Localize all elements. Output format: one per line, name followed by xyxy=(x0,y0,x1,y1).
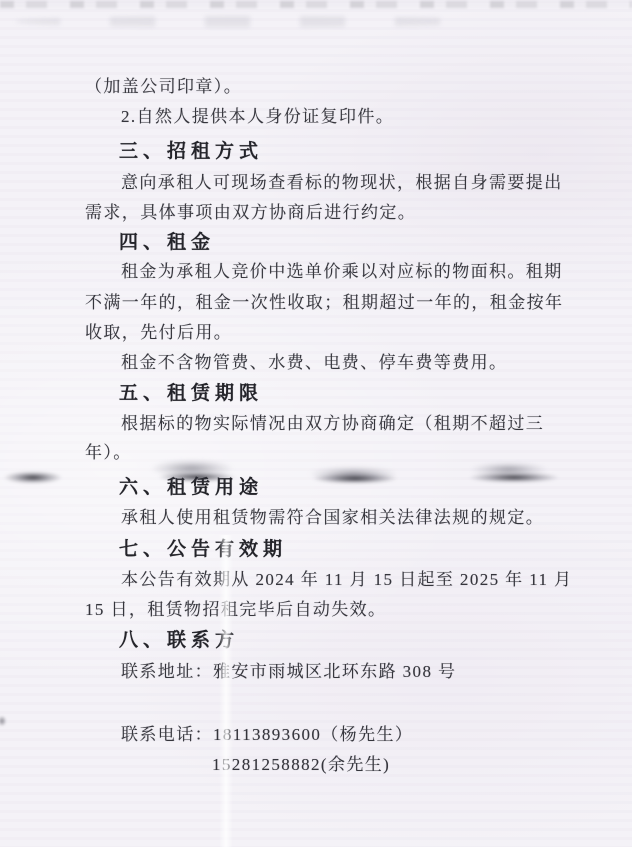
scan-edge-noise xyxy=(0,1,632,8)
section-4-heading: 四、租金 xyxy=(119,230,215,256)
ink-smudge xyxy=(310,473,400,484)
section-4-fees-line: 租金不含物管费、水费、电费、停车费等费用。 xyxy=(121,350,507,376)
ink-smudge xyxy=(468,462,550,477)
section-5-body-line: 年）。 xyxy=(85,440,132,466)
section-4-body-line: 租金为承租人竞价中选单价乘以对应标的物面积。租期 xyxy=(121,259,563,285)
section-5-heading: 五、租赁期限 xyxy=(119,381,263,407)
section-5-body-line: 根据标的物实际情况由双方协商确定（租期不超过三 xyxy=(121,411,544,437)
scanned-document-page: （加盖公司印章）。 2.自然人提供本人身份证复印件。 三、招租方式 意向承租人可… xyxy=(0,0,632,847)
section-6-heading: 六、租赁用途 xyxy=(119,475,263,501)
ink-smudge xyxy=(306,466,401,482)
contact-phone-line-1: 联系电话：18113893600（杨先生） xyxy=(121,722,413,748)
scan-haze xyxy=(15,16,485,27)
section-7-heading: 七、公告有效期 xyxy=(119,537,287,563)
section-3-body-line: 需求，具体事项由双方协商后进行约定。 xyxy=(85,200,416,226)
section-3-body-line: 意向承租人可现场查看标的物现状，根据自身需要提出 xyxy=(121,170,563,196)
section-4-body-line: 不满一年的，租金一次性收取；租期超过一年的，租金按年 xyxy=(85,290,563,316)
ink-smudge xyxy=(2,471,64,484)
section-6-body-line: 承租人使用租赁物需符合国家相关法律法规的规定。 xyxy=(121,505,544,531)
section-4-body-line: 收取，先付后用。 xyxy=(85,320,232,346)
contact-address-line: 联系地址：雅安市雨城区北环东路 308 号 xyxy=(121,659,456,685)
stamp-note-line: （加盖公司印章）。 xyxy=(85,74,242,100)
section-7-body-line: 本公告有效期从 2024 年 11 月 15 日起至 2025 年 11 月 xyxy=(121,567,572,593)
section-7-body-line: 15 日，租赁物招租完毕后自动失效。 xyxy=(85,597,386,623)
contact-phone-line-2: 15281258882(余先生) xyxy=(212,752,390,778)
ink-smudge xyxy=(466,472,562,483)
section-3-heading: 三、招租方式 xyxy=(119,139,263,165)
edge-mark xyxy=(0,715,7,727)
section-8-heading: 八、联系方 xyxy=(119,628,239,654)
item-2-line: 2.自然人提供本人身份证复印件。 xyxy=(121,104,394,130)
